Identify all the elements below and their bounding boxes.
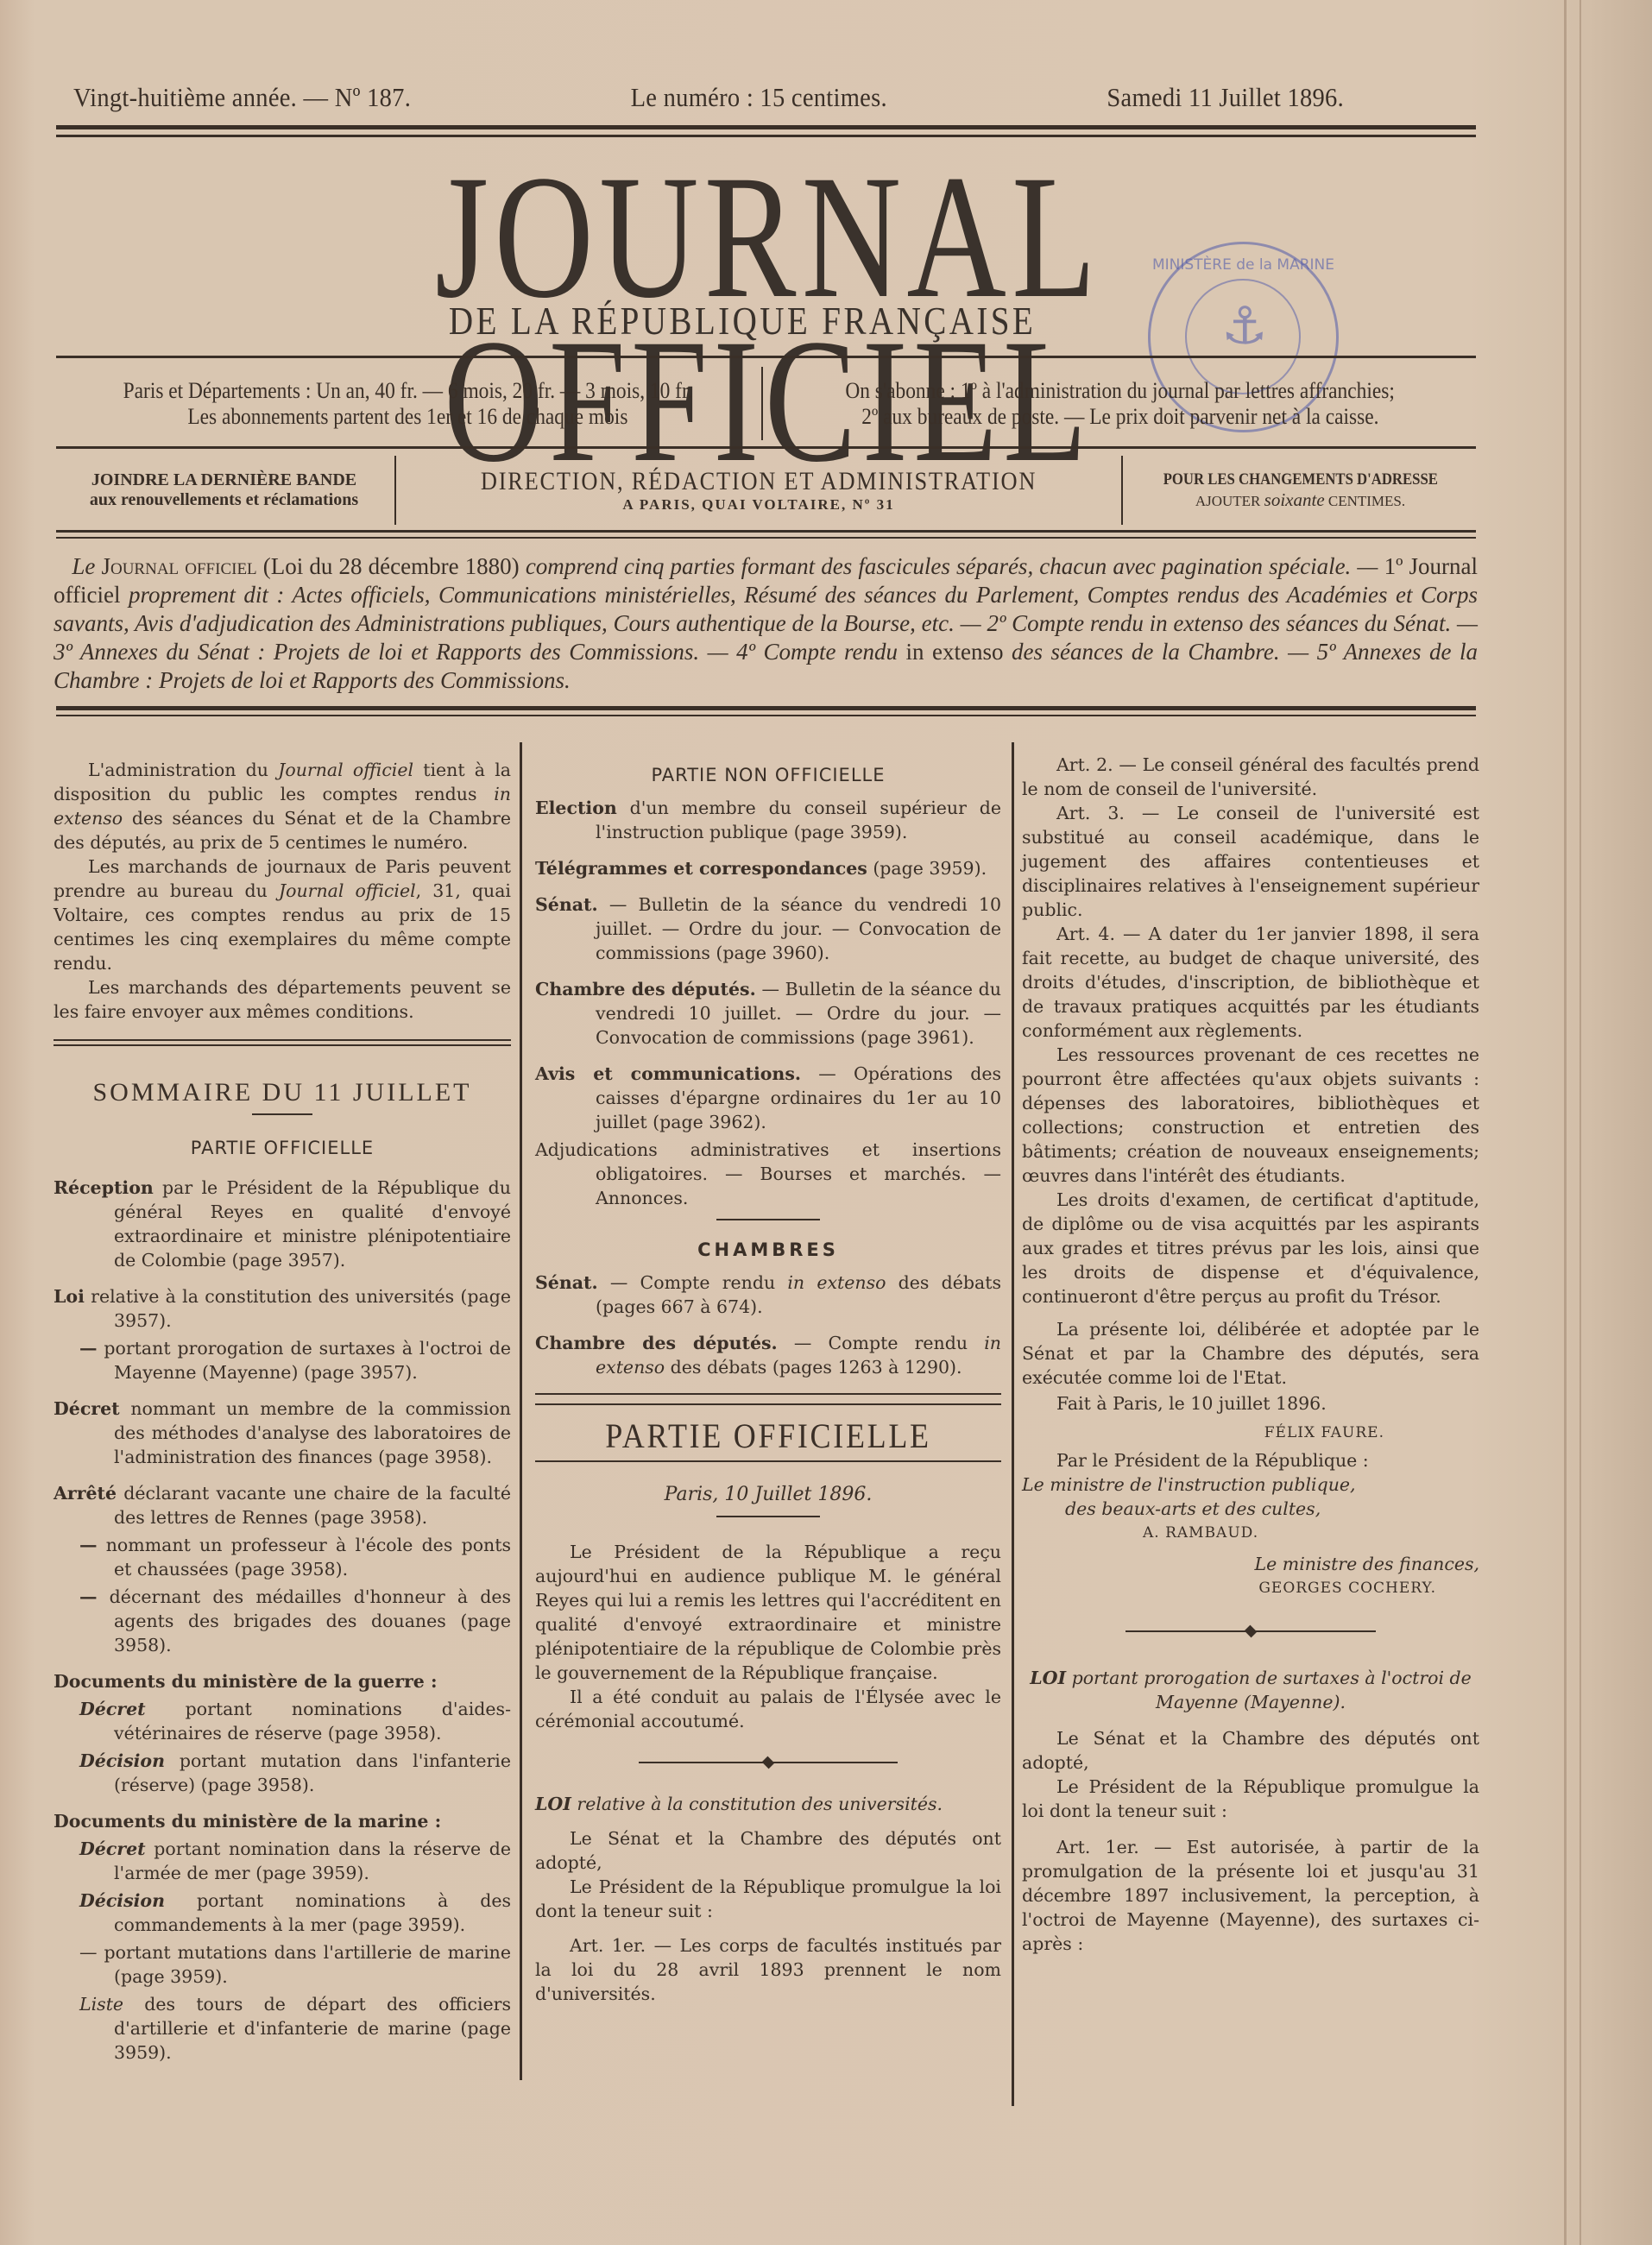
item-lead: Décret xyxy=(79,1699,146,1719)
signature: A. RAMBAUD. xyxy=(1022,1521,1479,1545)
middle-column: PARTIE NON OFFICIELLE Election d'un memb… xyxy=(535,758,1001,2006)
ministry-heading: Documents du ministère de la guerre : xyxy=(54,1669,511,1693)
summary-item[interactable]: Décision portant nominations à des comma… xyxy=(54,1889,511,1937)
summary-item[interactable]: — portant mutations dans l'artillerie de… xyxy=(54,1940,511,1989)
item-text: nommant un membre de la commission des m… xyxy=(114,1398,511,1467)
summary-item[interactable]: Chambre des députés. — Compte rendu in e… xyxy=(535,1331,1001,1379)
issue-info-line: Vingt-huitième année. — Nº 187. Le numér… xyxy=(73,82,1344,113)
short-rule xyxy=(716,1219,820,1220)
signature-line: Par le Président de la République : xyxy=(1022,1448,1479,1472)
item-text: portant nominations à des commandements … xyxy=(114,1890,511,1935)
signature-date: Fait à Paris, le 10 juillet 1896. xyxy=(1022,1391,1479,1416)
item-lead: Arrêté xyxy=(54,1483,117,1504)
law-heading: LOI relative à la constitution des unive… xyxy=(535,1792,1001,1816)
subscription-rule xyxy=(56,446,1476,449)
subscribe-text-2: 2º aux bureaux de poste. — Le prix doit … xyxy=(861,404,1378,430)
text: des séances du Sénat et de la Chambre de… xyxy=(54,808,511,853)
admin-rule-1 xyxy=(56,530,1476,533)
double-rule-top xyxy=(56,125,1476,129)
article-paragraph: La présente loi, délibérée et adoptée pa… xyxy=(1022,1317,1479,1390)
publication-notice: Le Journal officiel (Loi du 28 décembre … xyxy=(54,552,1478,695)
item-text: d'un membre du conseil supérieur de l'in… xyxy=(596,798,1001,842)
summary-item[interactable]: Avis et communications. — Opérations des… xyxy=(535,1062,1001,1134)
admin-center-1: DIRECTION, RÉDACTION ET ADMINISTRATION xyxy=(481,467,1037,496)
article-paragraph: Le Sénat et la Chambre des députés ont a… xyxy=(1022,1726,1479,1775)
double-rule-bottom xyxy=(56,135,1476,137)
notice-paragraph: Les marchands des départements peuvent s… xyxy=(54,975,511,1024)
ministry-heading: Documents du ministère de la marine : xyxy=(54,1809,511,1833)
article-paragraph: Art. 1er. — Est autorisée, à partir de l… xyxy=(1022,1835,1479,1956)
summary-item[interactable]: Chambre des députés. — Bulletin de la sé… xyxy=(535,977,1001,1050)
item-text: — Compte rendu xyxy=(598,1272,788,1293)
article-paragraph: Art. 2. — Le conseil général des faculté… xyxy=(1022,753,1479,801)
law-heading: LOI portant prorogation de surtaxes à l'… xyxy=(1022,1666,1479,1714)
item-lead: — xyxy=(79,1586,98,1607)
ornament-divider xyxy=(639,1754,898,1771)
item-lead: Election xyxy=(535,798,617,818)
admin-address: A PARIS, QUAI VOLTAIRE, Nº 31 xyxy=(622,496,894,514)
summary-item[interactable]: Décret nommant un membre de la commissio… xyxy=(54,1397,511,1469)
short-rule xyxy=(716,1516,820,1517)
item-lead: Réception xyxy=(54,1177,154,1198)
signature-line: des beaux-arts et des cultes, xyxy=(1022,1497,1479,1521)
item-text: nommant un professeur à l'école des pont… xyxy=(98,1535,512,1580)
item-lead: Liste xyxy=(79,1994,123,2015)
admin-left-2: aux renouvellements et réclamations xyxy=(90,490,358,510)
item-lead: Télégrammes et correspondances xyxy=(535,858,867,879)
page-edge-line xyxy=(1564,0,1567,2245)
item-text: des tours de départ des officiers d'arti… xyxy=(114,1994,511,2063)
item-lead: Loi xyxy=(54,1286,85,1307)
article-paragraph: Le Président de la République a reçu auj… xyxy=(535,1540,1001,1685)
admin-right-2a: AJOUTER xyxy=(1195,493,1261,509)
item-lead: Sénat. xyxy=(535,894,598,915)
intro-text: 2º Compte rendu in extenso xyxy=(987,610,1243,636)
section-title: PARTIE OFFICIELLE xyxy=(558,1424,978,1448)
article-paragraph: Le Président de la République promulgue … xyxy=(1022,1775,1479,1823)
subscribe-text-1: On s'abonne : 1º à l'administration du j… xyxy=(846,378,1395,404)
intro-text: comprend cinq parties formant des fascic… xyxy=(526,553,1378,579)
law-title: relative à la constitution des universit… xyxy=(571,1794,943,1814)
item-lead: Décret xyxy=(54,1398,120,1419)
law-lead: LOI xyxy=(1030,1668,1066,1688)
dateline: Paris, 10 Juillet 1896. xyxy=(535,1483,1001,1507)
law-title: portant prorogation de surtaxes à l'octr… xyxy=(1066,1668,1472,1712)
notice-paragraph: L'administration du Journal officiel tie… xyxy=(54,758,511,854)
item-text: portant nominations d'aides-vétérinaires… xyxy=(114,1699,511,1744)
ornament-divider xyxy=(1126,1623,1376,1640)
article-paragraph: Les droits d'examen, de certificat d'apt… xyxy=(1022,1188,1479,1309)
left-column: L'administration du Journal officiel tie… xyxy=(54,758,511,2077)
summary-item[interactable]: Réception par le Président de la Républi… xyxy=(54,1176,511,1272)
rates-text: Paris et Départements : Un an, 40 fr. — … xyxy=(123,378,692,404)
right-column: Art. 2. — Le conseil général des faculté… xyxy=(1022,753,1479,1956)
signature-line: Le ministre des finances, xyxy=(1022,1552,1479,1576)
admin-center: DIRECTION, RÉDACTION ET ADMINISTRATION A… xyxy=(396,456,1121,525)
newspaper-page: Vingt-huitième année. — Nº 187. Le numér… xyxy=(0,0,1652,2245)
masthead-subtitle: DE LA RÉPUBLIQUE FRANÇAISE xyxy=(331,298,1153,344)
item-text: portant mutations dans l'artillerie de m… xyxy=(98,1942,512,1987)
item-lead: Décret xyxy=(79,1838,146,1859)
summary-item[interactable]: — nommant un professeur à l'école des po… xyxy=(54,1533,511,1581)
summary-item[interactable]: — décernant des médailles d'honneur à de… xyxy=(54,1585,511,1657)
rule xyxy=(54,1044,511,1046)
summary-item[interactable]: — portant prorogation de surtaxes à l'oc… xyxy=(54,1336,511,1384)
item-text: — Bulletin de la séance du vendredi 10 j… xyxy=(596,894,1001,963)
admin-right-1: POUR LES CHANGEMENTS D'ADRESSE xyxy=(1163,470,1437,489)
item-lead: Chambre des députés. xyxy=(535,979,756,1000)
admin-right: POUR LES CHANGEMENTS D'ADRESSE AJOUTER s… xyxy=(1123,456,1478,525)
rule xyxy=(535,1460,1001,1462)
item-text: décernant des médailles d'honneur à des … xyxy=(98,1586,512,1655)
item-lead: — xyxy=(79,1338,98,1359)
item-text: relative à la constitution des universit… xyxy=(85,1286,511,1331)
masthead-rule xyxy=(56,356,1476,358)
article-paragraph: Le Sénat et la Chambre des députés ont a… xyxy=(535,1826,1001,1875)
admin-right-2: AJOUTER soixante CENTIMES. xyxy=(1195,489,1405,511)
item-lead: Adjudications xyxy=(535,1139,658,1160)
summary-item[interactable]: Sénat. — Bulletin de la séance du vendre… xyxy=(535,892,1001,965)
summary-item[interactable]: Arrêté déclarant vacante une chaire de l… xyxy=(54,1481,511,1529)
article-paragraph: Art. 1er. — Les corps de facultés instit… xyxy=(535,1933,1001,2006)
admin-left: JOINDRE LA DERNIÈRE BANDE aux renouvelle… xyxy=(54,456,394,525)
intro-rule-2 xyxy=(56,715,1476,716)
rule xyxy=(535,1403,1001,1405)
section-heading: CHAMBRES xyxy=(535,1238,1001,1262)
item-text: portant nomination dans la réserve de l'… xyxy=(114,1838,511,1883)
summary-item[interactable]: Liste des tours de départ des officiers … xyxy=(54,1992,511,2065)
admin-rule-2 xyxy=(56,537,1476,539)
intro-text: (Loi du 28 décembre 1880) xyxy=(263,553,520,579)
signature-line: Le ministre de l'instruction publique, xyxy=(1022,1472,1479,1497)
summary-item[interactable]: Election d'un membre du conseil supérieu… xyxy=(535,796,1001,844)
column-divider xyxy=(1012,742,1014,2106)
item-text: portant mutation dans l'infanterie (rése… xyxy=(114,1750,511,1795)
issue-price: Le numéro : 15 centimes. xyxy=(631,82,887,113)
summary-item[interactable]: Sénat. — Compte rendu in extenso des déb… xyxy=(535,1271,1001,1319)
item-text: in extenso xyxy=(787,1272,886,1293)
rule xyxy=(54,1039,511,1041)
item-text: par le Président de la République du gén… xyxy=(114,1177,511,1271)
summary-item[interactable]: Décret portant nominations d'aides-vétér… xyxy=(54,1697,511,1745)
subscription-rates: Paris et Départements : Un an, 40 fr. — … xyxy=(54,367,761,440)
article-paragraph: Les ressources provenant de ces recettes… xyxy=(1022,1043,1479,1188)
intro-text: Le xyxy=(72,553,95,579)
article-paragraph: Art. 3. — Le conseil de l'université est… xyxy=(1022,801,1479,922)
article-paragraph: Le Président de la République promulgue … xyxy=(535,1875,1001,1923)
item-text: des débats (pages 1263 à 1290). xyxy=(665,1357,962,1378)
text: Journal officiel xyxy=(278,760,413,780)
article-paragraph: Il a été conduit au palais de l'Élysée a… xyxy=(535,1685,1001,1733)
intro-rule-1 xyxy=(56,706,1476,710)
section-heading: PARTIE NON OFFICIELLE xyxy=(535,763,1001,787)
start-text: Les abonnements partent des 1er et 16 de… xyxy=(187,404,627,430)
summary-item[interactable]: Loi relative à la constitution des unive… xyxy=(54,1284,511,1333)
item-text: portant prorogation de surtaxes à l'octr… xyxy=(98,1338,512,1383)
issue-number: Vingt-huitième année. — Nº 187. xyxy=(73,82,411,113)
item-lead: Décision xyxy=(79,1890,165,1911)
column-divider xyxy=(520,742,522,2080)
item-text: (page 3959). xyxy=(867,858,987,879)
subscription-bar: Paris et Départements : Un an, 40 fr. — … xyxy=(54,367,1478,440)
text: Journal officiel xyxy=(279,880,416,901)
subscription-where: On s'abonne : 1º à l'administration du j… xyxy=(763,367,1478,440)
summary-item[interactable]: Adjudications administratives et inserti… xyxy=(535,1138,1001,1210)
signature: GEORGES COCHERY. xyxy=(1022,1576,1479,1600)
intro-text: in extenso xyxy=(905,639,1003,665)
item-text: — Compte rendu xyxy=(778,1333,985,1353)
summary-item[interactable]: Décret portant nomination dans la réserv… xyxy=(54,1837,511,1885)
item-lead: Décision xyxy=(79,1750,165,1771)
admin-left-1: JOINDRE LA DERNIÈRE BANDE xyxy=(91,470,356,490)
summary-list: Réception par le Président de la Républi… xyxy=(54,1176,511,2065)
administration-bar: JOINDRE LA DERNIÈRE BANDE aux renouvelle… xyxy=(54,456,1478,525)
intro-text: Journal officiel xyxy=(101,553,256,579)
notice-paragraph: Les marchands de journaux de Paris peuve… xyxy=(54,854,511,975)
page-edge-line xyxy=(1579,0,1581,2245)
rule xyxy=(535,1393,1001,1395)
admin-right-2c: CENTIMES. xyxy=(1328,493,1405,509)
item-lead: — xyxy=(79,1942,98,1963)
summary-item[interactable]: Télégrammes et correspondances (page 395… xyxy=(535,856,1001,880)
article-paragraph: Art. 4. — A dater du 1er janvier 1898, i… xyxy=(1022,922,1479,1043)
item-lead: Avis et communications. xyxy=(535,1063,801,1084)
item-lead: Sénat. xyxy=(535,1272,598,1293)
item-text: déclarant vacante une chaire de la facul… xyxy=(114,1483,511,1528)
item-lead: — xyxy=(79,1535,98,1555)
law-lead: LOI xyxy=(535,1794,571,1814)
item-lead: Chambre des députés. xyxy=(535,1333,778,1353)
stamp-text: MINISTÈRE de la MARINE xyxy=(1151,256,1336,274)
summary-title: SOMMAIRE DU 11 JUILLET xyxy=(54,1081,511,1105)
admin-right-2b: soixante xyxy=(1264,489,1325,510)
summary-item[interactable]: Décision portant mutation dans l'infante… xyxy=(54,1749,511,1797)
anchor-icon: ⚓ xyxy=(1221,296,1268,356)
text: L'administration du xyxy=(88,760,268,780)
section-heading: PARTIE OFFICIELLE xyxy=(54,1136,511,1160)
issue-date: Samedi 11 Juillet 1896. xyxy=(1107,82,1344,113)
short-rule xyxy=(252,1113,312,1115)
signature: FÉLIX FAURE. xyxy=(1022,1421,1479,1445)
